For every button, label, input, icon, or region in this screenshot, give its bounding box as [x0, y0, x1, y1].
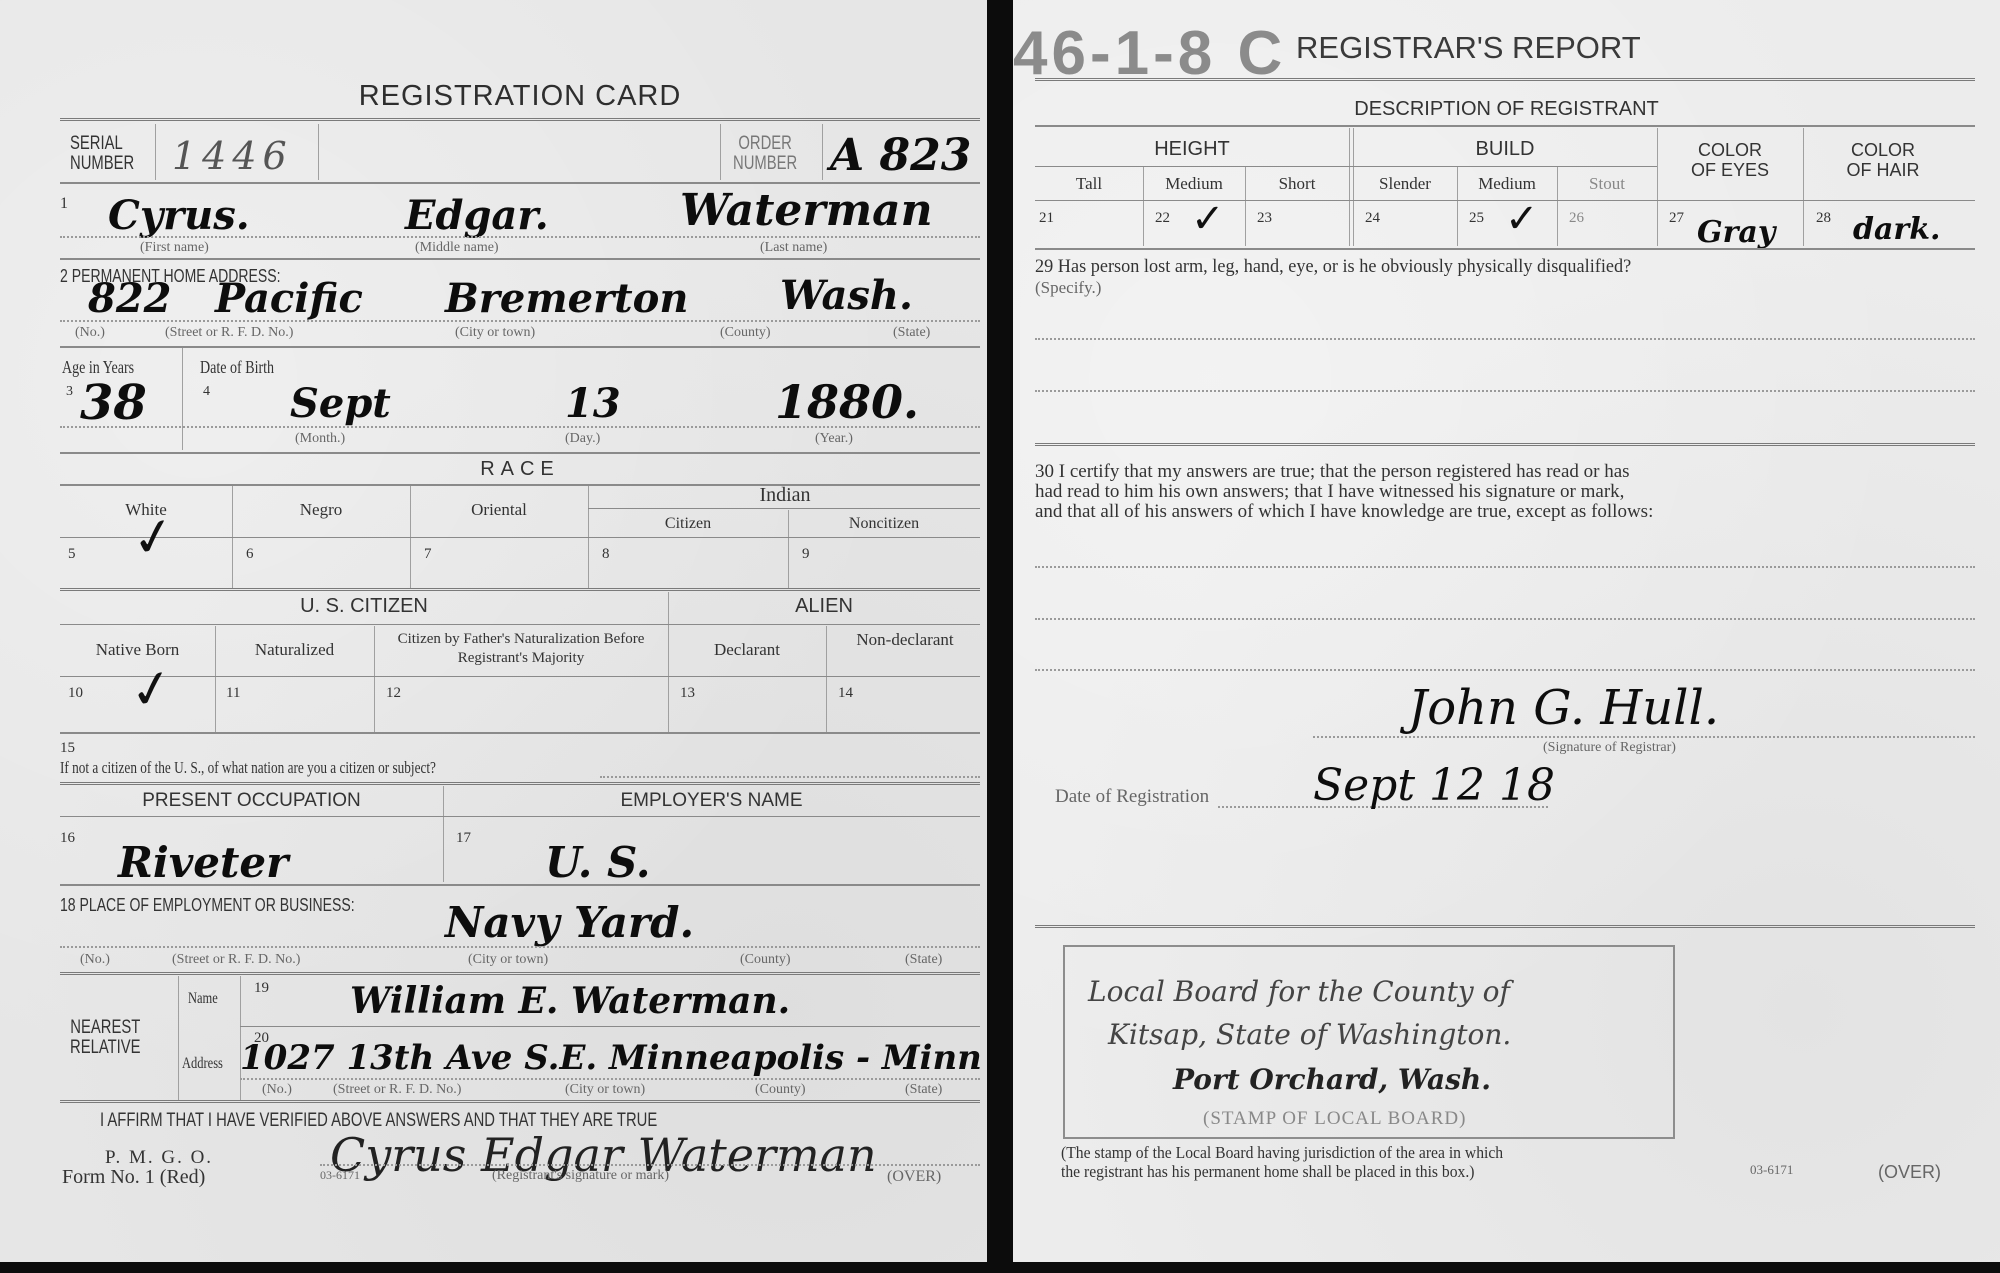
divider — [822, 124, 823, 180]
q29-answer-line[interactable] — [1035, 390, 1975, 392]
field-number[interactable]: 8 — [602, 546, 610, 563]
description-subtitle: DESCRIPTION OF REGISTRANT — [1013, 98, 2000, 121]
us-citizen-title: U. S. CITIZEN — [60, 595, 668, 618]
divider — [60, 676, 980, 677]
divider — [60, 537, 980, 538]
employer-title: EMPLOYER'S NAME — [443, 790, 980, 812]
hair-color-value: dark. — [1853, 212, 1940, 247]
place-of-employment-label: 18 PLACE OF EMPLOYMENT OR BUSINESS: — [60, 895, 355, 916]
relative-address-label: Address — [182, 1055, 223, 1073]
citizen-by-father-label: Citizen by Father's Naturalization Befor… — [384, 630, 658, 668]
address-state-label: (State) — [893, 325, 930, 341]
stamp-instructions-line1: (The stamp of the Local Board having jur… — [1061, 1143, 1503, 1162]
q30-line3: and that all of his answers of which I h… — [1035, 502, 1653, 522]
relative-street-label: (Street or R. F. D. No.) — [333, 1082, 461, 1098]
eyes-title-line1: COLOR — [1657, 140, 1803, 160]
field-number: 17 — [456, 830, 471, 847]
middle-name-value: Edgar. — [405, 192, 549, 239]
divider — [826, 626, 827, 732]
employment-state-label: (State) — [905, 952, 942, 968]
divider — [1035, 248, 1975, 250]
divider — [60, 972, 980, 978]
field-number[interactable]: 26 — [1569, 210, 1584, 227]
serial-number-value: 1446 — [172, 134, 293, 178]
order-number-value: A 823 — [830, 130, 971, 181]
address-street-label: (Street or R. F. D. No.) — [165, 325, 293, 341]
employment-no-label: (No.) — [80, 952, 110, 968]
divider — [178, 976, 179, 1100]
over-label: (OVER) — [1878, 1162, 1941, 1183]
field-number[interactable]: 24 — [1365, 210, 1380, 227]
field-number[interactable]: 5 — [68, 546, 76, 563]
dob-month-label: (Month.) — [295, 431, 345, 447]
alien-title: ALIEN — [668, 595, 980, 618]
divider — [60, 946, 980, 948]
divider — [60, 816, 980, 817]
divider — [1035, 78, 1975, 84]
registrar-report-back: 46-1-8 C REGISTRAR'S REPORT DESCRIPTION … — [1013, 0, 2000, 1262]
field-number[interactable]: 14 — [838, 685, 853, 702]
relative-name-label: Name — [188, 990, 218, 1008]
stamp-line3: Port Orchard, Wash. — [1173, 1063, 1491, 1096]
signature-label: (Registrant's signature or mark) — [492, 1168, 669, 1184]
race-indian-citizen-label: Citizen — [588, 515, 788, 533]
naturalized-label: Naturalized — [215, 640, 374, 660]
divider — [1313, 736, 1975, 738]
address-county-label: (County) — [720, 325, 771, 341]
stamp-instructions: (The stamp of the Local Board having jur… — [1061, 1143, 1503, 1181]
divider — [1035, 925, 1975, 931]
divider — [60, 236, 980, 238]
q29-question: 29 Has person lost arm, leg, hand, eye, … — [1035, 256, 1631, 278]
height-short-label: Short — [1245, 174, 1349, 194]
non-declarant-label: Non-declarant — [846, 630, 964, 649]
race-indian-label: Indian — [590, 484, 980, 507]
print-code: 03-6171 — [320, 1168, 360, 1183]
divider — [60, 884, 980, 886]
dob-day-value: 13 — [565, 380, 621, 427]
divider — [240, 1078, 980, 1080]
age-value: 38 — [80, 375, 147, 431]
relative-address-value: 1027 13th Ave S.E. Minneapolis - Minn — [240, 1038, 982, 1078]
employment-county-label: (County) — [740, 952, 791, 968]
dob-label: Date of Birth — [200, 357, 274, 378]
divider — [60, 182, 980, 184]
divider — [60, 118, 980, 124]
divider — [1035, 125, 1975, 127]
eyes-title: COLOR OF EYES — [1657, 140, 1803, 180]
divider — [60, 624, 980, 625]
relative-name-value: William E. Waterman. — [350, 980, 790, 1022]
divider — [60, 588, 980, 594]
relative-no-label: (No.) — [262, 1082, 292, 1098]
race-negro-label: Negro — [232, 500, 410, 520]
divider — [60, 1100, 980, 1106]
divider — [60, 346, 980, 348]
race-oriental-label: Oriental — [410, 500, 588, 520]
q30-answer-line[interactable] — [1035, 566, 1975, 568]
q29-answer-line[interactable] — [1035, 338, 1975, 340]
order-label-line1: ORDER — [733, 134, 797, 154]
field-number: 3 — [66, 384, 73, 400]
build-slender-label: Slender — [1353, 174, 1457, 194]
divider — [318, 124, 319, 180]
divider — [60, 452, 980, 454]
field-number[interactable]: 6 — [246, 546, 254, 563]
home-address-state: Wash. — [780, 272, 913, 319]
q30-answer-line[interactable] — [1035, 618, 1975, 620]
home-address-number: 822 — [88, 275, 172, 322]
first-name-label: (First name) — [140, 240, 209, 256]
height-tall-label: Tall — [1035, 174, 1143, 194]
address-no-label: (No.) — [75, 325, 105, 341]
divider — [720, 124, 721, 180]
divider — [60, 320, 980, 322]
q30-line1: 30 I certify that my answers are true; t… — [1035, 462, 1653, 482]
stamp-line1: Local Board for the County of — [1088, 975, 1510, 1008]
field-number: 1 — [60, 195, 68, 213]
race-indian-noncitizen-label: Noncitizen — [788, 515, 980, 533]
native-born-checkmark-icon: ✓ — [125, 657, 178, 724]
hair-title: COLOR OF HAIR — [1803, 140, 1963, 180]
print-code: 03-6171 — [1750, 1162, 1793, 1178]
last-name-value: Waterman — [680, 185, 933, 236]
divider — [60, 258, 980, 260]
serial-number-label: SERIAL NUMBER — [70, 134, 134, 174]
field-number[interactable]: 23 — [1257, 210, 1272, 227]
q30-certification: 30 I certify that my answers are true; t… — [1035, 462, 1653, 522]
address-city-label: (City or town) — [455, 325, 535, 341]
field-number: 15 — [60, 740, 75, 757]
employment-street-label: (Street or R. F. D. No.) — [172, 952, 300, 968]
build-title: BUILD — [1353, 138, 1657, 161]
divider — [320, 1164, 980, 1166]
middle-name-label: (Middle name) — [415, 240, 499, 256]
occupation-title: PRESENT OCCUPATION — [60, 790, 443, 812]
dob-day-label: (Day.) — [565, 431, 600, 447]
serial-label-line2: NUMBER — [70, 154, 134, 174]
field-number: 28 — [1816, 210, 1831, 227]
dob-month-value: Sept — [290, 380, 391, 427]
divider — [374, 626, 375, 732]
divider — [155, 124, 156, 180]
home-address-city: Bremerton — [445, 275, 688, 322]
order-number-label: ORDER NUMBER — [733, 134, 797, 174]
field-number[interactable]: 10 — [68, 685, 83, 702]
nearest-relative-label-line1: NEAREST — [70, 1018, 141, 1038]
height-medium-label: Medium — [1143, 174, 1245, 194]
hair-title-line1: COLOR — [1803, 140, 1963, 160]
divider — [588, 508, 980, 509]
employment-city-label: (City or town) — [468, 952, 548, 968]
divider — [1035, 443, 1975, 449]
registrar-report-title: REGISTRAR'S REPORT — [1296, 30, 1641, 66]
stamp-instructions-line2: the registrant has his permanent home sh… — [1061, 1162, 1503, 1181]
over-label: (OVER) — [887, 1168, 941, 1186]
nation-question: If not a citizen of the U. S., of what n… — [60, 758, 436, 778]
build-stout-label: Stout — [1557, 174, 1657, 194]
card-title: REGISTRATION CARD — [0, 80, 1040, 113]
form-number-label: Form No. 1 (Red) — [62, 1166, 205, 1189]
dob-year-label: (Year.) — [815, 431, 853, 447]
native-born-label: Native Born — [60, 640, 215, 660]
divider — [1035, 166, 1657, 167]
height-medium-checkmark-icon: ✓ — [1191, 196, 1225, 242]
stamp-caption: (STAMP OF LOCAL BOARD) — [1203, 1108, 1466, 1130]
q29-specify-label: (Specify.) — [1035, 278, 1101, 298]
divider — [60, 732, 980, 734]
field-number[interactable]: 7 — [424, 546, 432, 563]
q30-line2: had read to him his own answers; that I … — [1035, 482, 1653, 502]
declarant-label: Declarant — [668, 640, 826, 660]
date-of-registration-label: Date of Registration — [1055, 786, 1209, 808]
relative-county-label: (County) — [755, 1082, 806, 1098]
divider — [240, 1026, 980, 1027]
eye-color-value: Gray — [1697, 215, 1775, 250]
field-number[interactable]: 22 — [1155, 210, 1170, 227]
build-medium-label: Medium — [1457, 174, 1557, 194]
relative-state-label: (State) — [905, 1082, 942, 1098]
nearest-relative-label-line2: RELATIVE — [70, 1038, 141, 1058]
field-number: 16 — [60, 830, 75, 847]
field-number: 19 — [254, 980, 269, 997]
field-number[interactable]: 21 — [1039, 210, 1054, 227]
eyes-title-line2: OF EYES — [1657, 160, 1803, 180]
field-number[interactable]: 11 — [226, 685, 240, 702]
date-of-registration-value: Sept 12 18 — [1313, 760, 1555, 811]
first-name-value: Cyrus. — [108, 192, 250, 239]
relative-city-label: (City or town) — [565, 1082, 645, 1098]
nearest-relative-label: NEAREST RELATIVE — [70, 1018, 141, 1058]
divider — [60, 426, 980, 428]
q30-answer-line[interactable] — [1035, 669, 1975, 671]
divider — [182, 348, 183, 450]
field-number[interactable]: 25 — [1469, 210, 1484, 227]
registrar-signature-label: (Signature of Registrar) — [1543, 740, 1676, 756]
nation-answer-line[interactable] — [600, 776, 980, 778]
order-label-line2: NUMBER — [733, 154, 797, 174]
field-number: 27 — [1669, 210, 1684, 227]
height-title: HEIGHT — [1035, 138, 1349, 161]
divider — [1349, 128, 1350, 246]
hair-title-line2: OF HAIR — [1803, 160, 1963, 180]
field-number[interactable]: 9 — [802, 546, 810, 563]
field-number[interactable]: 12 — [386, 685, 401, 702]
employer-value: U. S. — [545, 838, 650, 887]
divider — [60, 782, 980, 788]
field-number: 4 — [203, 384, 210, 400]
home-address-street: Pacific — [215, 275, 363, 322]
registration-card-front: REGISTRATION CARD SERIAL NUMBER 1446 ORD… — [0, 0, 987, 1262]
build-medium-checkmark-icon: ✓ — [1505, 196, 1539, 242]
serial-label-line1: SERIAL — [70, 134, 134, 154]
field-number[interactable]: 13 — [680, 685, 695, 702]
occupation-value: Riveter — [118, 838, 288, 887]
last-name-label: (Last name) — [760, 240, 827, 256]
place-of-employment-value: Navy Yard. — [445, 898, 694, 947]
stamp-line2: Kitsap, State of Washington. — [1108, 1018, 1511, 1051]
registrar-signature: John G. Hull. — [1408, 680, 1719, 736]
race-title: RACE — [60, 458, 980, 481]
dob-year-value: 1880. — [775, 375, 919, 429]
